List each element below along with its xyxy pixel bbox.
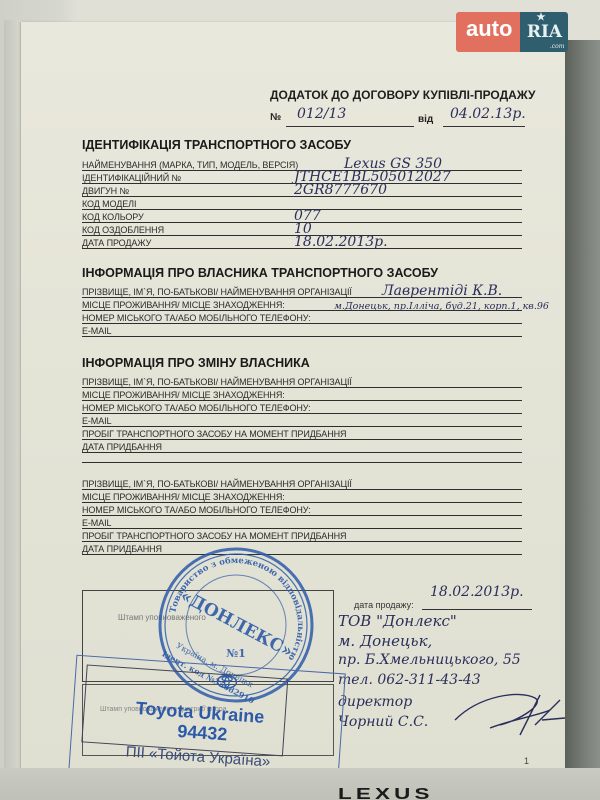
form-row: E-MAIL bbox=[82, 413, 522, 427]
dealer-line-6: Чорний С.С. bbox=[338, 714, 428, 730]
form-row: ПРІЗВИЩЕ, ІМ`Я, ПО-БАТЬКОВІ/ НАЙМЕНУВАНН… bbox=[82, 284, 522, 298]
dealer-line-4: тел. 062-311-43-43 bbox=[338, 672, 481, 688]
field-label: МІСЦЕ ПРОЖИВАННЯ/ МІСЦЕ ЗНАХОДЖЕННЯ: bbox=[82, 390, 285, 400]
form-row: ДАТА ПРОДАЖУ18.02.2013р. bbox=[82, 235, 522, 249]
field-label: E-MAIL bbox=[82, 326, 111, 336]
vehicle-section-title: ІДЕНТИФІКАЦІЯ ТРАНСПОРТНОГО ЗАСОБУ bbox=[82, 138, 351, 152]
form-row: ПРОБІГ ТРАНСПОРТНОГО ЗАСОБУ НА МОМЕНТ ПР… bbox=[82, 528, 522, 542]
form-row: ПРІЗВИЩЕ, ІМ`Я, ПО-БАТЬКОВІ/ НАЙМЕНУВАНН… bbox=[82, 374, 522, 388]
document-title: ДОДАТОК ДО ДОГОВОРУ КУПІВЛІ-ПРОДАЖУ bbox=[270, 88, 535, 102]
sale-date-label: дата продажу: bbox=[354, 600, 414, 610]
form-row: E-MAIL bbox=[82, 515, 522, 529]
number-line bbox=[286, 126, 414, 127]
toyota-stamp-line-2: 94432 bbox=[177, 721, 228, 745]
form-row: ДАТА ПРИДБАННЯ bbox=[82, 439, 522, 453]
dealer-line-5: директор bbox=[338, 694, 412, 710]
field-label: E-MAIL bbox=[82, 416, 111, 426]
form-row: МІСЦЕ ПРОЖИВАННЯ/ МІСЦЕ ЗНАХОДЖЕННЯ: bbox=[82, 387, 522, 401]
lexus-logo: LEXUS bbox=[338, 786, 434, 800]
field-label: E-MAIL bbox=[82, 518, 111, 528]
field-label: МІСЦЕ ПРОЖИВАННЯ/ МІСЦЕ ЗНАХОДЖЕННЯ: bbox=[82, 300, 285, 310]
field-label: МІСЦЕ ПРОЖИВАННЯ/ МІСЦЕ ЗНАХОДЖЕННЯ: bbox=[82, 492, 285, 502]
director-signature bbox=[450, 690, 570, 740]
form-row: ДВИГУН №2GR8777670 bbox=[82, 183, 522, 197]
autoria-watermark: auto ★ RIA .com bbox=[456, 12, 568, 52]
dealer-line-1: ТОВ "Донлекс" bbox=[338, 612, 457, 630]
field-label: ПРІЗВИЩЕ, ІМ`Я, ПО-БАТЬКОВІ/ НАЙМЕНУВАНН… bbox=[82, 377, 352, 387]
form-row: НОМЕР МІСЬКОГО ТА/АБО МОБІЛЬНОГО ТЕЛЕФОН… bbox=[82, 310, 522, 324]
field-label: КОД МОДЕЛІ bbox=[82, 199, 136, 209]
form-row: МІСЦЕ ПРОЖИВАННЯ/ МІСЦЕ ЗНАХОДЖЕННЯ:м.До… bbox=[82, 297, 522, 311]
background-edge bbox=[565, 40, 600, 800]
svg-text:№1: №1 bbox=[226, 647, 246, 660]
field-label: КОД ОЗДОБЛЕННЯ bbox=[82, 225, 164, 235]
date-label: від bbox=[418, 114, 433, 125]
field-label: КОД КОЛЬОРУ bbox=[82, 212, 144, 222]
field-label: ПРОБІГ ТРАНСПОРТНОГО ЗАСОБУ НА МОМЕНТ ПР… bbox=[82, 531, 346, 541]
field-value: 18.02.2013р. bbox=[294, 234, 388, 250]
field-label: ДАТА ПРИДБАННЯ bbox=[82, 442, 162, 452]
contract-number: 012/13 bbox=[297, 106, 346, 122]
sale-date-line bbox=[422, 609, 532, 610]
form-row: НОМЕР МІСЬКОГО ТА/АБО МОБІЛЬНОГО ТЕЛЕФОН… bbox=[82, 502, 522, 516]
ria-com: .com bbox=[550, 43, 565, 50]
form-row: ПРІЗВИЩЕ, ІМ`Я, ПО-БАТЬКОВІ/ НАЙМЕНУВАНН… bbox=[82, 476, 522, 490]
field-label: НАЙМЕНУВАННЯ (МАРКА, ТИП, МОДЕЛЬ, ВЕРСІЯ… bbox=[82, 160, 298, 170]
block-separator bbox=[82, 462, 522, 463]
autoria-ria: ★ RIA .com bbox=[520, 12, 568, 52]
sale-date-value: 18.02.2013р. bbox=[430, 584, 524, 600]
toyota-logo-icon bbox=[215, 674, 238, 690]
form-row: ПРОБІГ ТРАНСПОРТНОГО ЗАСОБУ НА МОМЕНТ ПР… bbox=[82, 426, 522, 440]
change-owner-section-title: ІНФОРМАЦІЯ ПРО ЗМІНУ ВЛАСНИКА bbox=[82, 356, 310, 370]
autoria-auto: auto bbox=[456, 12, 520, 52]
field-label: ПРОБІГ ТРАНСПОРТНОГО ЗАСОБУ НА МОМЕНТ ПР… bbox=[82, 429, 346, 439]
field-label: НОМЕР МІСЬКОГО ТА/АБО МОБІЛЬНОГО ТЕЛЕФОН… bbox=[82, 313, 311, 323]
owner-section-title: ІНФОРМАЦІЯ ПРО ВЛАСНИКА ТРАНСПОРТНОГО ЗА… bbox=[82, 266, 438, 280]
field-label: ДАТА ПРИДБАННЯ bbox=[82, 544, 162, 554]
form-row: НОМЕР МІСЬКОГО ТА/АБО МОБІЛЬНОГО ТЕЛЕФОН… bbox=[82, 400, 522, 414]
field-label: ДВИГУН № bbox=[82, 186, 129, 196]
page-number: 1 bbox=[524, 756, 529, 766]
star-icon: ★ bbox=[536, 12, 545, 23]
field-label: НОМЕР МІСЬКОГО ТА/АБО МОБІЛЬНОГО ТЕЛЕФОН… bbox=[82, 505, 311, 515]
field-label: ІДЕНТИФІКАЦІЙНИЙ № bbox=[82, 173, 181, 183]
form-row: E-MAIL bbox=[82, 323, 522, 337]
ria-text: RIA bbox=[527, 22, 562, 42]
number-label: № bbox=[270, 112, 281, 123]
dealer-line-2: м. Донецьк, bbox=[338, 632, 432, 650]
field-label: ПРІЗВИЩЕ, ІМ`Я, ПО-БАТЬКОВІ/ НАЙМЕНУВАНН… bbox=[82, 479, 352, 489]
field-label: НОМЕР МІСЬКОГО ТА/АБО МОБІЛЬНОГО ТЕЛЕФОН… bbox=[82, 403, 311, 413]
contract-date: 04.02.13р. bbox=[450, 106, 526, 122]
date-line bbox=[443, 126, 525, 127]
field-label: ПРІЗВИЩЕ, ІМ`Я, ПО-БАТЬКОВІ/ НАЙМЕНУВАНН… bbox=[82, 287, 352, 297]
dealer-line-3: пр. Б.Хмельницького, 55 bbox=[338, 652, 521, 668]
form-row: МІСЦЕ ПРОЖИВАННЯ/ МІСЦЕ ЗНАХОДЖЕННЯ: bbox=[82, 489, 522, 503]
background-bottom bbox=[0, 768, 600, 800]
field-label: ДАТА ПРОДАЖУ bbox=[82, 238, 151, 248]
